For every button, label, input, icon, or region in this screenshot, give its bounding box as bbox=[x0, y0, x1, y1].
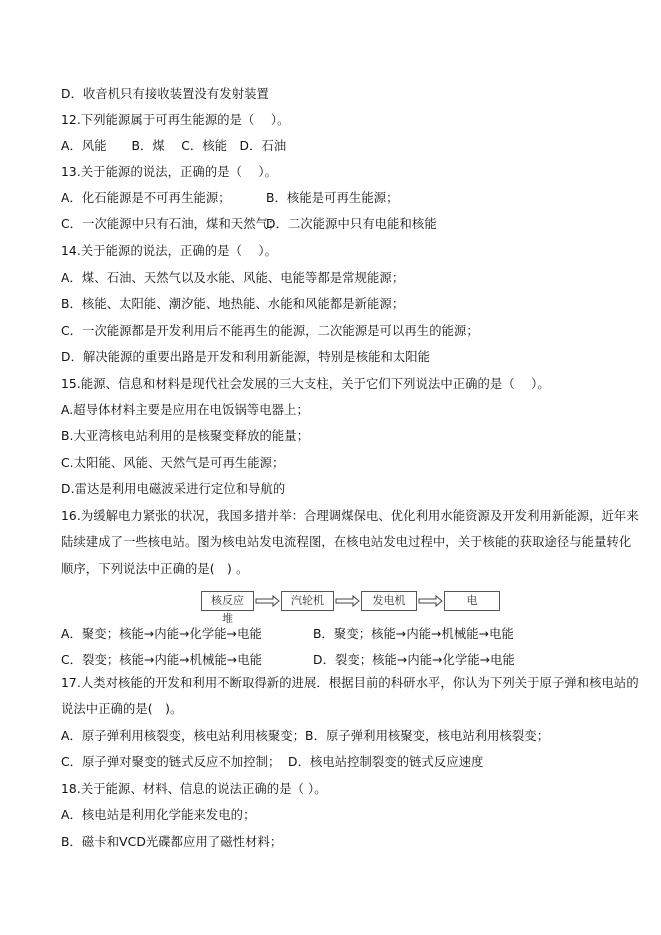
q18-option-a: A．核电站是利用化学能来发电的； bbox=[61, 807, 255, 823]
q14-option-d: D．解决能源的重要出路是开发和利用新能源，特别是核能和太阳能 bbox=[61, 349, 430, 365]
q14-option-b: B．核能、太阳能、潮汐能、地热能、水能和风能都是新能源； bbox=[61, 296, 404, 312]
q12-options: A．风能 B．煤 C．核能 D．石油 bbox=[61, 138, 286, 154]
arrow-right-icon bbox=[334, 592, 361, 610]
q17-stem-line1: 17.人类对核能的开发和利用不断取得新的进展．根据目前的科研水平，你认为下列关于… bbox=[61, 675, 639, 691]
arrow-right-icon bbox=[417, 592, 444, 610]
q13-option-a: A．化石能源是不可再生能源； bbox=[61, 190, 231, 206]
q18-stem: 18.关于能源、材料、信息的说法正确的是（ ）。 bbox=[61, 781, 327, 797]
q15-stem: 15.能源、信息和材料是现代社会发展的三大支柱，关于它们下列说法中正确的是（ ）… bbox=[61, 376, 550, 392]
q17-stem-line2: 说法中正确的是( )。 bbox=[61, 701, 182, 717]
q17-option-d: D．核电站控制裂变的链式反应速度 bbox=[288, 754, 484, 770]
q13-option-d: D．二次能源中只有电能和核能 bbox=[266, 216, 437, 232]
q15-option-c: C.太阳能、风能、天然气是可再生能源； bbox=[61, 455, 284, 471]
q17-option-c: C．原子弹对聚变的链式反应不加控制； bbox=[61, 754, 280, 770]
q11-option-d: D．收音机只有接收装置没有发射装置 bbox=[61, 86, 269, 102]
q16-option-c: C．裂变；核能→内能→机械能→电能 bbox=[61, 652, 262, 668]
q14-option-c: C．一次能源都是开发利用后不能再生的能源，二次能源是可以再生的能源； bbox=[61, 323, 479, 339]
q16-option-a: A．聚变；核能→内能→化学能→电能 bbox=[61, 626, 262, 642]
flow-box-generator: 发电机 bbox=[361, 591, 417, 611]
flow-box-turbine: 汽轮机 bbox=[281, 591, 334, 611]
q18-option-b: B．磁卡和VCD光碟都应用了磁性材料； bbox=[61, 834, 282, 850]
arrow-right-icon bbox=[254, 592, 281, 610]
flow-box-electricity: 电 bbox=[444, 591, 500, 611]
nuclear-power-flow-diagram: 核反应堆 汽轮机 发电机 电 bbox=[201, 590, 500, 612]
q15-option-a: A.超导体材料主要是应用在电饭锅等电器上； bbox=[61, 402, 309, 418]
q16-stem-line3: 顺序，下列说法中正确的是( ) 。 bbox=[61, 561, 248, 577]
q13-option-b: B．核能是可再生能源； bbox=[266, 190, 399, 206]
q16-option-b: B．聚变；核能→内能→机械能→电能 bbox=[313, 626, 514, 642]
q16-stem-line1: 16.为缓解电力紧张的状况，我国多措并举：合理调煤保电、优化利用水能资源及开发利… bbox=[61, 508, 639, 524]
q13-stem: 13.关于能源的说法，正确的是（ ）。 bbox=[61, 164, 277, 180]
q16-stem-line2: 陆续建成了一些核电站。图为核电站发电流程图，在核电站发电过程中，关于核能的获取途… bbox=[61, 534, 631, 550]
q15-option-d: D.雷达是利用电磁波采进行定位和导航的 bbox=[61, 481, 285, 497]
q15-option-b: B.大亚湾核电站利用的是核聚变释放的能量； bbox=[61, 428, 309, 444]
flow-box-reactor: 核反应堆 bbox=[201, 591, 254, 611]
q16-option-d: D．裂变；核能→内能→化学能→电能 bbox=[313, 652, 515, 668]
q13-option-c: C．一次能源中只有石油，煤和天然气； bbox=[61, 216, 280, 232]
q12-stem: 12.下列能源属于可再生能源的是（ ）。 bbox=[61, 112, 289, 128]
q14-option-a: A．煤、石油、天然气以及水能、风能、电能等都是常规能源； bbox=[61, 270, 404, 286]
q17-options-ab: A．原子弹利用核裂变，核电站利用核聚变；B．原子弹利用核聚变，核电站利用核裂变； bbox=[61, 728, 549, 744]
q14-stem: 14.关于能源的说法，正确的是（ ）。 bbox=[61, 243, 277, 259]
